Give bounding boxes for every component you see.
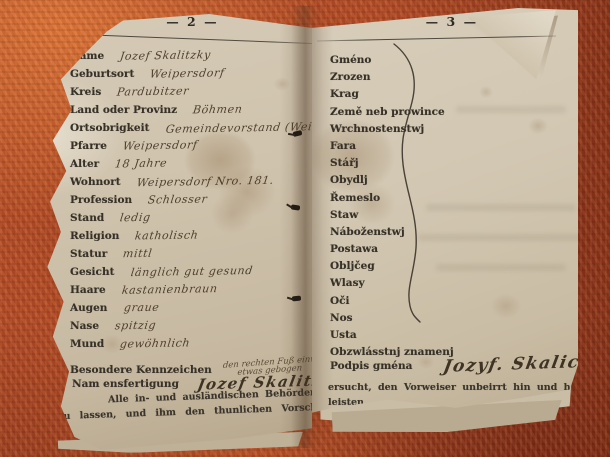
field-label: Řemeslo	[330, 192, 380, 204]
field-label: Wrchnostenstwj	[330, 123, 424, 135]
field-label: Země neb prowince	[330, 106, 445, 118]
field-label: Obljčeg	[330, 260, 375, 272]
field-value-handwritten: spitzig	[114, 319, 157, 333]
field-label: Geburtsort	[70, 68, 134, 80]
binding-thread	[292, 296, 301, 302]
right-page: — 3 — Gméno Zrozen Krag	[306, 6, 578, 414]
field-value-handwritten: 18 Jahre	[114, 157, 168, 171]
field-label: Pfarre	[70, 140, 107, 152]
field-label: Gméno	[330, 54, 371, 66]
field-row: Obydlj	[330, 168, 572, 185]
field-row: Wrchnostenstwj	[330, 117, 572, 134]
field-label: Staw	[330, 209, 358, 221]
field-row: Stand ledig	[70, 206, 306, 224]
field-row: Postawa	[330, 237, 572, 254]
field-row: Land oder Provinz Böhmen	[70, 98, 306, 116]
field-row: Pfarre Weipersdorf	[70, 134, 306, 152]
field-value-handwritten: Schlosser	[147, 192, 208, 206]
binding-thread	[291, 204, 301, 210]
field-label: Alter	[70, 158, 99, 170]
field-row: Země neb prowince	[330, 100, 572, 117]
field-label: Nase	[70, 320, 99, 332]
field-row: Augen graue	[70, 296, 306, 314]
field-label: Obydlj	[330, 174, 368, 186]
field-label: Land oder Provinz	[70, 104, 177, 116]
field-row: Obljčeg	[330, 254, 572, 271]
field-row: Profession Schlosser	[70, 188, 306, 206]
field-row: Alter 18 Jahre	[70, 152, 306, 170]
field-value-handwritten: katholisch	[135, 228, 200, 242]
field-value-handwritten: Weipersdorf	[122, 138, 198, 152]
field-row: Oči	[330, 289, 572, 306]
field-label: Nos	[330, 312, 353, 324]
right-fields: Gméno Zrozen Krag Země neb prowince	[330, 48, 572, 357]
field-row: Kreis Pardubitzer	[70, 80, 306, 98]
field-row: Fara	[330, 134, 572, 151]
field-row: Name Jozef Skalitzky	[70, 44, 306, 62]
field-row: Krag	[330, 82, 572, 99]
field-label: Fara	[330, 140, 356, 152]
field-label: Postawa	[330, 243, 378, 255]
field-row: Ortsobrigkeit Gemeindevorstand (Weipersd…	[70, 116, 306, 134]
field-row: Usta	[330, 323, 572, 340]
field-value-handwritten: gewöhnlich	[119, 336, 191, 350]
field-label: Kreis	[70, 86, 101, 98]
field-value-handwritten: graue	[123, 301, 160, 315]
field-label: Oči	[330, 295, 350, 307]
field-value-handwritten: Böhmen	[192, 103, 243, 117]
field-label: Zrozen	[330, 71, 370, 83]
field-value-handwritten: ledig	[119, 211, 151, 225]
field-label: Statur	[70, 248, 107, 260]
field-value-handwritten: Jozef Skalitzky	[119, 48, 212, 63]
field-label: Usta	[330, 329, 357, 341]
field-label: Wlasy	[330, 277, 365, 289]
field-label: Haare	[70, 284, 106, 296]
field-label: Náboženstwj	[330, 226, 405, 238]
field-label: Mund	[70, 338, 104, 350]
field-value-handwritten: Pardubitzer	[116, 84, 190, 98]
field-row: Nase spitzig	[70, 314, 306, 332]
field-row: Náboženstwj	[330, 220, 572, 237]
field-row: Gméno	[330, 48, 572, 65]
photo-of-booklet: — 3 — Gméno Zrozen Krag	[0, 0, 610, 457]
field-label: Gesicht	[70, 266, 114, 278]
field-value-handwritten: Weipersdorf Nro. 181.	[136, 174, 275, 189]
field-label: Profession	[70, 194, 132, 206]
field-label: Krag	[330, 88, 359, 100]
field-label: Religion	[70, 230, 119, 242]
field-value-handwritten: kastanienbraun	[121, 282, 218, 297]
field-row: Staw	[330, 203, 572, 220]
printed-footer-line: zu lassen, und ihm den thunlichen Vorsch…	[58, 401, 353, 422]
signature-row-right: Podpis gména Jozyf. Skalicky.	[330, 354, 609, 374]
field-value-handwritten: länglich gut gesund	[130, 264, 254, 279]
signature-label: Nam ensfertigung	[72, 378, 179, 390]
field-row: Nos	[330, 306, 572, 323]
field-label: Stářj	[330, 157, 359, 169]
field-label: Augen	[70, 302, 107, 314]
field-row: Religion katholisch	[70, 224, 306, 242]
left-page: — 2 — Name Jozef Skalitzky Geburtsort We…	[42, 14, 312, 450]
left-fields: Name Jozef Skalitzky Geburtsort Weipersd…	[70, 44, 306, 350]
field-value-handwritten: mittl	[123, 247, 154, 261]
field-label: Ortsobrigkeit	[70, 122, 149, 134]
field-row: Zrozen	[330, 65, 572, 82]
field-value-handwritten: Weipersdorf	[150, 66, 226, 80]
field-label: Stand	[70, 212, 104, 224]
field-row: Wlasy	[330, 271, 572, 288]
field-row: Geburtsort Weipersdorf	[70, 62, 306, 80]
field-label: Wohnort	[70, 176, 121, 188]
field-row: Řemeslo	[330, 186, 572, 203]
field-row: Wohnort Weipersdorf Nro. 181.	[70, 170, 306, 188]
field-row: Gesicht länglich gut gesund	[70, 260, 306, 278]
signature-label: Podpis gména	[330, 360, 412, 372]
field-row: Stářj	[330, 151, 572, 168]
field-row: Statur mittl	[70, 242, 306, 260]
field-row: Mund gewöhnlich	[70, 332, 306, 350]
field-row: Haare kastanienbraun	[70, 278, 306, 296]
